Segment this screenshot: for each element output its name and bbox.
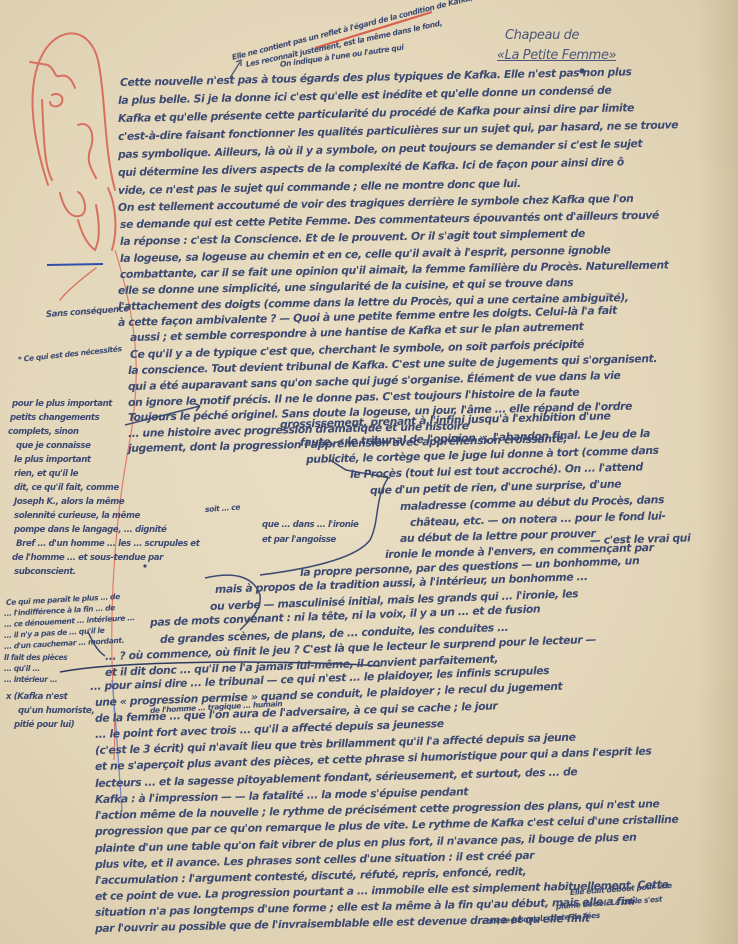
margin-note: ... intérieur ... xyxy=(4,675,57,684)
margin-note: x (Kafka n'est xyxy=(6,692,67,702)
margin-note: complets, sinon xyxy=(8,427,79,437)
header-title-line1: Chapeau de xyxy=(505,28,579,43)
margin-note: pitié pour lui) xyxy=(14,720,74,730)
margin-note: qu'un humoriste, xyxy=(18,706,94,716)
manuscript-page: Chapeau de «La Petite Femme» Elle ne con… xyxy=(0,0,738,944)
margin-note: dit, ce qu'il fait, comme xyxy=(14,483,119,493)
margin-note: pompe dans le langage, ... dignité xyxy=(14,525,166,535)
margin-note: de l'homme ... et sous-tendue par xyxy=(12,553,163,563)
inline-note: que ... dans ... l'ironie xyxy=(262,520,358,530)
margin-note: le plus important xyxy=(14,455,91,465)
body-line: — c'est le vrai qui xyxy=(590,531,691,547)
blue-margin-line xyxy=(47,264,103,265)
inline-note: et par l'angoisse xyxy=(262,535,336,545)
margin-note: subconscient. xyxy=(14,567,76,577)
margin-note: solennité curieuse, la même xyxy=(14,511,140,521)
margin-note: rien, et qu'il le xyxy=(14,469,78,479)
red-profile-sketch-icon xyxy=(30,33,115,300)
margin-note: que je connaisse xyxy=(16,441,91,451)
header-title-line2: «La Petite Femme» xyxy=(497,48,616,63)
margin-note: ... qu'il ... xyxy=(4,664,40,673)
margin-note: Bref ... d'un homme ... les ... scrupule… xyxy=(16,539,199,549)
margin-note: pour le plus important xyxy=(12,399,112,409)
margin-note: petits changements xyxy=(10,413,99,423)
margin-note: Joseph K., alors la même xyxy=(14,497,124,507)
margin-note: Il fait des pièces xyxy=(4,653,67,662)
